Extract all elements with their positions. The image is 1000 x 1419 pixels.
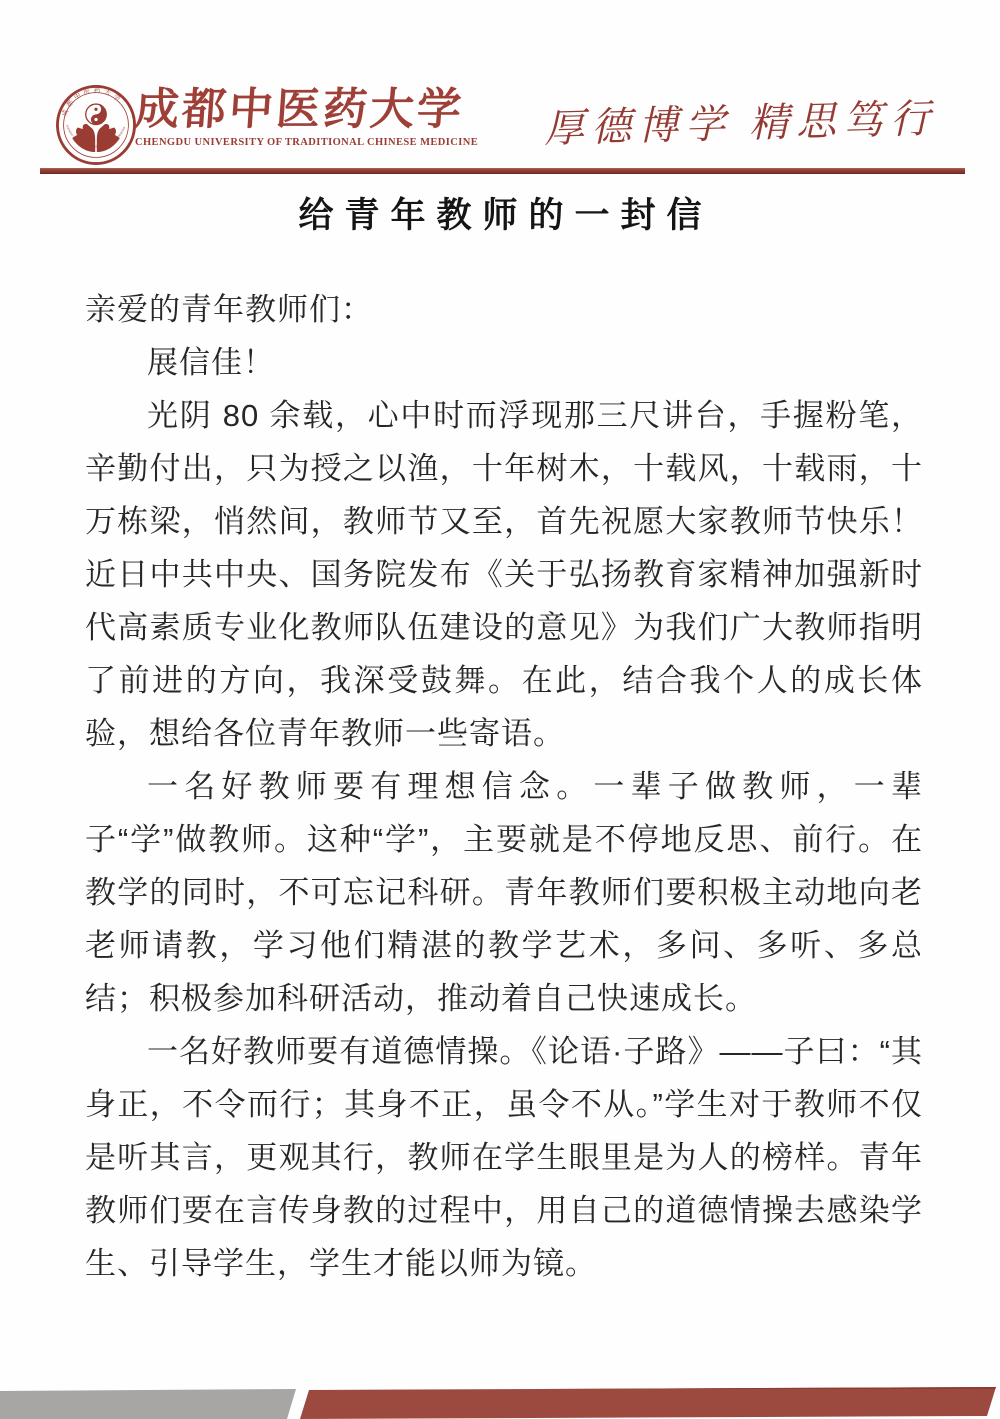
paragraph-ideals: 一名好教师要有理想信念。一辈子做教师，一辈子“学”做教师。这种“学”，主要就是不… xyxy=(85,760,923,1025)
salutation: 亲爱的青年教师们： xyxy=(85,283,923,336)
motto-calligraphy: 厚德博学 精思笃行 xyxy=(543,87,937,154)
letter-page: 成都中医药大学 CHENGDU UNIVERSITY OF TRADITIONA… xyxy=(0,0,1000,1419)
paragraph-intro: 光阴 80 余载，心中时而浮现那三尺讲台，手握粉笔，辛勤付出，只为授之以渔，十年… xyxy=(85,389,923,760)
letter-title: 给青年教师的一封信 xyxy=(0,188,1000,238)
paragraph-ethics: 一名好教师要有道德情操。《论语·子路》——子曰：“其身正，不令而行；其身不正，虽… xyxy=(85,1025,923,1290)
university-logo: 成都中医药大学 CHENGDU UNIVERSITY OF TRADITIONA… xyxy=(55,84,137,166)
yinyang-icon xyxy=(86,104,107,125)
university-name-en: CHENGDU UNIVERSITY OF TRADITIONAL CHINES… xyxy=(135,137,478,148)
letterhead: 成都中医药大学 CHENGDU UNIVERSITY OF TRADITIONA… xyxy=(55,84,965,168)
university-name-block: 成都中医药大学 CHENGDU UNIVERSITY OF TRADITIONA… xyxy=(135,86,478,148)
logo-seal-text-en: CHENGDU UNIVERSITY OF TRADITIONAL CHINES… xyxy=(65,124,126,148)
paragraph-greeting: 展信佳！ xyxy=(85,336,923,389)
university-name-zh: 成都中医药大学 xyxy=(133,86,479,134)
letter-body: 亲爱的青年教师们： 展信佳！ 光阴 80 余载，心中时而浮现那三尺讲台，手握粉笔… xyxy=(85,283,923,1290)
header-divider xyxy=(40,168,965,174)
